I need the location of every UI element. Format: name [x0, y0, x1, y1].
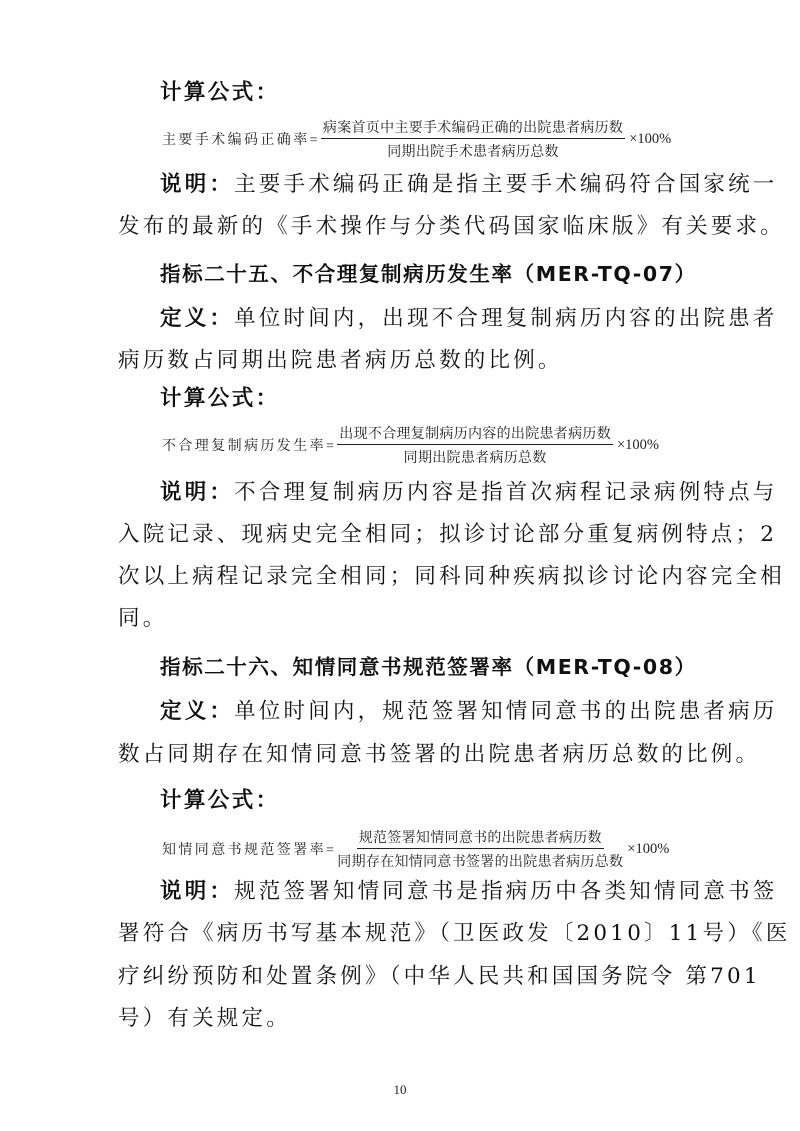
document-page: 计算公式： 主要手术编码正确率= 病案首页中主要手术编码正确的出院患者病历数 同…: [0, 0, 800, 1131]
formula-consent-signing-rate: 知情同意书规范签署率= 规范签署知情同意书的出院患者病历数 同期存在知情同意书签…: [162, 827, 669, 871]
formula-multiplier: ×100%: [629, 131, 671, 148]
note-paragraph-line: 说明：规范签署知情同意书是指病历中各类知情同意书签: [160, 877, 696, 907]
formula-surgery-coding-accuracy: 主要手术编码正确率= 病案首页中主要手术编码正确的出院患者病历数 同期出院手术患…: [162, 117, 671, 161]
page-number: 10: [0, 1082, 800, 1098]
formula-improper-copy-rate: 不合理复制病历发生率= 出现不合理复制病历内容的出院患者病历数 同期出院患者病历…: [162, 423, 659, 467]
note-paragraph-line: 说明：主要手术编码正确是指主要手术编码符合国家统一: [160, 170, 696, 200]
formula-label: 计算公式：: [160, 384, 696, 414]
definition-text-line: 病历数占同期出院患者病历总数的比例。: [118, 346, 696, 376]
formula-fraction: 出现不合理复制病历内容的出院患者病历数 同期出院患者病历总数: [337, 423, 613, 467]
definition-text-line: 数占同期存在知情同意书签署的出院患者病历总数的比例。: [118, 740, 696, 770]
formula-lhs: 不合理复制病历发生率=: [162, 435, 336, 455]
note-label: 说明：: [160, 480, 234, 505]
definition-label: 定义：: [160, 699, 234, 724]
note-text-line: 发布的最新的《手术操作与分类代码国家临床版》有关要求。: [118, 212, 696, 242]
note-label: 说明：: [160, 879, 234, 904]
formula-label: 计算公式：: [160, 78, 696, 108]
note-text-line: 同。: [118, 604, 696, 634]
note-label: 说明：: [160, 172, 234, 197]
formula-numerator: 病案首页中主要手术编码正确的出院患者病历数: [321, 117, 625, 139]
note-paragraph-line: 说明：不合理复制病历内容是指首次病程记录病例特点与: [160, 478, 696, 508]
definition-text: 单位时间内，出现不合理复制病历内容的出院患者: [234, 306, 777, 331]
note-text-line: 署符合《病历书写基本规范》（卫医政发〔2010〕11号）《医: [118, 919, 696, 949]
definition-text: 单位时间内，规范签署知情同意书的出院患者病历: [234, 699, 777, 724]
note-text: 主要手术编码正确是指主要手术编码符合国家统一: [234, 172, 777, 197]
definition-paragraph-line: 定义：单位时间内，规范签署知情同意书的出院患者病历: [160, 697, 696, 727]
formula-denominator: 同期出院手术患者病历总数: [387, 139, 559, 161]
formula-multiplier: ×100%: [627, 841, 669, 858]
definition-paragraph-line: 定义：单位时间内，出现不合理复制病历内容的出院患者: [160, 304, 696, 334]
note-text: 不合理复制病历内容是指首次病程记录病例特点与: [234, 480, 777, 505]
formula-denominator: 同期存在知情同意书签署的出院患者病历总数: [337, 849, 623, 871]
formula-lhs: 主要手术编码正确率=: [162, 129, 320, 149]
formula-fraction: 规范签署知情同意书的出院患者病历数 同期存在知情同意书签署的出院患者病历总数: [337, 827, 623, 871]
note-text-line: 入院记录、现病史完全相同；拟诊讨论部分重复病例特点；2: [118, 520, 696, 550]
indicator-25-heading: 指标二十五、不合理复制病历发生率（MER-TQ-07）: [160, 259, 738, 289]
formula-numerator: 规范签署知情同意书的出院患者病历数: [357, 827, 604, 849]
formula-label: 计算公式：: [160, 786, 696, 816]
note-text: 规范签署知情同意书是指病历中各类知情同意书签: [234, 879, 777, 904]
indicator-26-heading: 指标二十六、知情同意书规范签署率（MER-TQ-08）: [160, 652, 738, 682]
formula-multiplier: ×100%: [617, 437, 659, 454]
formula-lhs: 知情同意书规范签署率=: [162, 839, 336, 859]
note-text-line: 疗纠纷预防和处置条例》（中华人民共和国国务院令 第701: [118, 962, 696, 992]
definition-label: 定义：: [160, 306, 234, 331]
formula-numerator: 出现不合理复制病历内容的出院患者病历数: [337, 423, 613, 445]
note-text-line: 号）有关规定。: [118, 1004, 696, 1034]
note-text-line: 次以上病程记录完全相同；同科同种疾病拟诊讨论内容完全相: [118, 562, 696, 592]
formula-denominator: 同期出院患者病历总数: [404, 445, 547, 467]
formula-fraction: 病案首页中主要手术编码正确的出院患者病历数 同期出院手术患者病历总数: [321, 117, 625, 161]
